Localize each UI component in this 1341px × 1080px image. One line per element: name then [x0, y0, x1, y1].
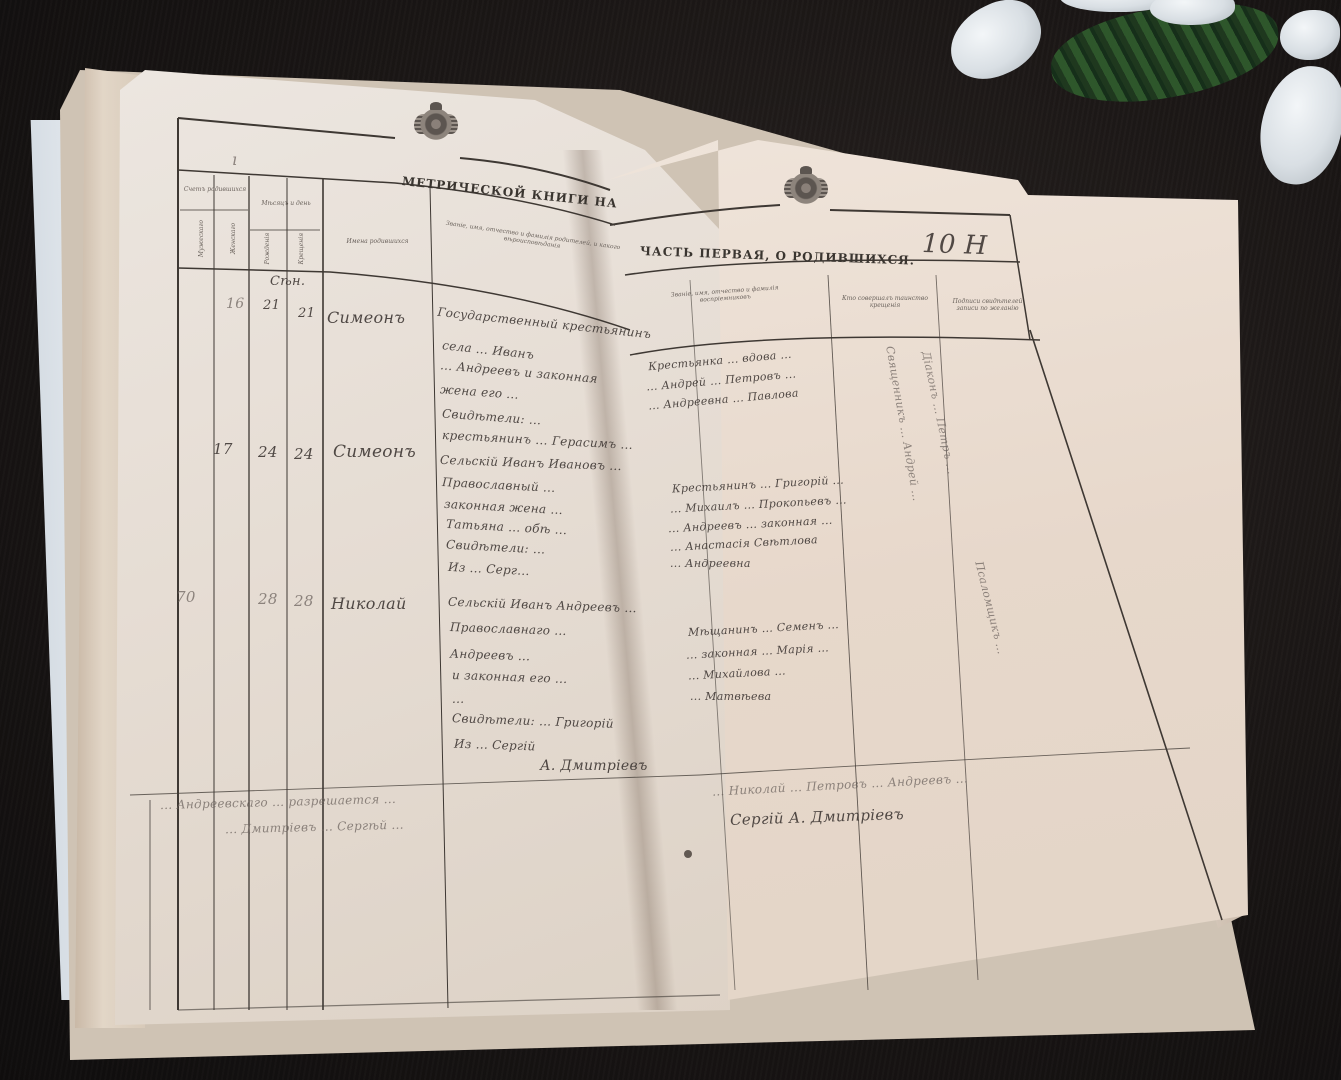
col-header-birth: Рожденія [264, 233, 271, 265]
entry-1-child-name: Симеонъ [327, 308, 405, 327]
entry-2-female-num: 17 [213, 440, 233, 458]
entry-3-child-name: Николай [331, 594, 407, 613]
col-header-female: Женскаго [230, 223, 237, 254]
entry-3-baptism-day: 28 [294, 592, 314, 610]
entry-3-signature: А. Дмитріевъ [540, 758, 648, 774]
entry-3-parents-line: Из ... Сергій [454, 737, 536, 754]
col-header-month-day: Мѣсяцъ и день [252, 200, 320, 207]
col-header-officiant: Кто совершалъ таинство крещенія [840, 295, 930, 309]
entry-1-baptism-day: 21 [298, 306, 315, 321]
col-header-baptism: Крещенія [298, 233, 305, 264]
col-header-count: Счетъ родившихся [182, 186, 248, 193]
entry-1-birth-day: 21 [263, 298, 280, 313]
imperial-eagle-crest-left [414, 104, 458, 148]
col-header-signatures: Подписи свидѣтелей записи по желанію [945, 298, 1030, 312]
entry-2-baptism-day: 24 [294, 445, 314, 463]
entry-3-parents-line: ... [452, 692, 464, 706]
col-header-male: Мужескаго [198, 220, 205, 257]
entry-2-birth-day: 24 [258, 443, 278, 461]
entry-3-parents-line: Андреевъ ... [450, 647, 531, 664]
handwritten-page-number: 10 Н [921, 229, 987, 261]
entry-2-child-name: Симеонъ [333, 442, 416, 462]
entry-3-birth-day: 28 [258, 590, 278, 608]
godparents-3-line: ... Матвѣева [690, 690, 771, 703]
entry-3-male-num: 70 [176, 588, 196, 606]
imperial-eagle-crest-right [784, 168, 828, 212]
page-mark: ı [232, 150, 237, 169]
ink-blot [684, 850, 692, 858]
col-header-names: Имена родившихся [330, 238, 425, 245]
godparents-2-line: ... Андреевна [670, 557, 751, 570]
entry-1-female-num: 16 [226, 296, 244, 312]
entry-1-month: Сѣн. [270, 274, 305, 289]
